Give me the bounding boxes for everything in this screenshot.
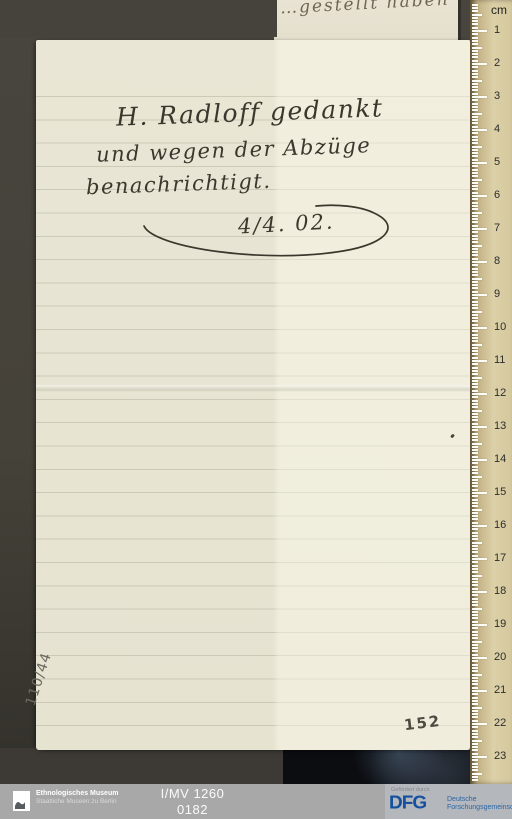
ruler-tick	[472, 452, 478, 454]
ruler-tick	[472, 736, 478, 738]
ruler-tick	[472, 621, 478, 623]
ruler-tick	[472, 561, 478, 563]
ruler-tick	[472, 103, 478, 105]
ruler-tick	[472, 33, 478, 35]
ruler-tick	[472, 129, 487, 131]
pencil-archive-number: 110/44	[23, 650, 55, 708]
ruler-tick	[472, 578, 478, 580]
ruler-tick	[472, 660, 478, 662]
ruler-tick	[472, 304, 478, 306]
ruler-tick	[472, 281, 478, 283]
ruler-tick	[472, 287, 478, 289]
ruler-tick	[472, 386, 478, 388]
ruler-tick	[472, 763, 478, 765]
ruler-tick	[472, 192, 478, 194]
ruler-tick	[472, 627, 478, 629]
ruler-tick	[472, 416, 478, 418]
ruler-tick	[472, 558, 487, 560]
ruler-tick	[472, 749, 478, 751]
ruler-tick	[472, 89, 478, 91]
ruler-tick	[472, 614, 478, 616]
ruler-tick	[472, 538, 478, 540]
ruler-tick	[472, 456, 478, 458]
ruler-tick	[472, 707, 482, 709]
paper-crease	[36, 385, 470, 392]
ruler-tick	[472, 528, 478, 530]
ruler-tick	[472, 60, 478, 62]
ruler-tick	[472, 713, 478, 715]
ruler-tick	[472, 162, 487, 164]
ruler-tick	[472, 406, 478, 408]
ruler-tick	[472, 27, 478, 29]
ruler-tick	[472, 317, 478, 319]
ruler-tick	[472, 373, 478, 375]
ruler-tick	[472, 459, 487, 461]
ruler-tick	[472, 641, 482, 643]
manuscript-page: H. Radloff gedankt und wegen der Abzüge …	[36, 40, 470, 750]
ruler-tick	[472, 172, 478, 174]
ruler-tick	[472, 188, 478, 190]
ruler-tick	[472, 548, 478, 550]
ruler-tick	[472, 212, 482, 214]
scanner-background	[0, 0, 277, 37]
ruler-tick	[472, 515, 478, 517]
ruler-tick	[472, 113, 482, 115]
ruler-number: 14	[494, 453, 510, 465]
ruler-tick	[472, 393, 487, 395]
ruler-number: 19	[494, 618, 510, 630]
ruler-tick	[472, 588, 478, 590]
ruler-tick	[472, 264, 478, 266]
ruler-tick	[472, 73, 478, 75]
ruler-tick	[472, 43, 478, 45]
ruler-tick	[472, 30, 487, 32]
ruler-tick	[472, 205, 478, 207]
ruler-tick	[472, 324, 478, 326]
ruler-tick	[472, 555, 478, 557]
ruler-tick	[472, 17, 478, 19]
ruler-tick	[472, 83, 478, 85]
ruler-tick	[472, 169, 478, 171]
ruler-tick	[472, 674, 482, 676]
ruler-tick	[472, 182, 478, 184]
ruler-tick	[472, 218, 478, 220]
ruler-tick	[472, 400, 478, 402]
ruler-number: 15	[494, 486, 510, 498]
ruler-tick	[472, 466, 478, 468]
back-page-handwriting: …gestellt haben	[280, 0, 450, 18]
ruler-tick	[472, 238, 478, 240]
ruler-tick	[472, 165, 478, 167]
ruler-tick	[472, 693, 478, 695]
ruler-tick	[472, 53, 478, 55]
ruler-tick	[472, 126, 478, 128]
ruler-tick	[472, 631, 478, 633]
ruler-number: 4	[494, 123, 510, 135]
ruler-tick	[472, 152, 478, 154]
ruler-tick	[472, 756, 487, 758]
ruler-tick	[472, 423, 478, 425]
ruler-tick	[472, 594, 478, 596]
ruler-number: 5	[494, 156, 510, 168]
ruler-tick	[472, 80, 482, 82]
ruler-number: 8	[494, 255, 510, 267]
ruler-tick	[472, 644, 478, 646]
ruler-tick	[472, 179, 482, 181]
ruler-tick	[472, 284, 478, 286]
ruler-tick	[472, 14, 482, 16]
inventory-number: I/MV 1260	[0, 786, 385, 801]
ruler-tick	[472, 608, 482, 610]
ruler-tick	[472, 697, 478, 699]
ruler-tick	[472, 10, 478, 12]
ruler-tick	[472, 294, 487, 296]
ruler-tick	[472, 136, 478, 138]
ruler-tick	[472, 716, 478, 718]
ruler-tick	[472, 271, 478, 273]
note-line-2: und wegen der Abzüge	[96, 133, 372, 167]
ruler-number: 23	[494, 750, 510, 762]
ruler-tick	[472, 268, 478, 270]
ruler-tick	[472, 419, 478, 421]
ruler-tick	[472, 769, 478, 771]
ruler-tick	[472, 542, 482, 544]
ruler-number: 3	[494, 90, 510, 102]
ruler-number: 10	[494, 321, 510, 333]
ruler-tick	[472, 726, 478, 728]
ruler-tick	[472, 654, 478, 656]
ruler-unit-label: cm	[491, 3, 507, 17]
ruler-tick	[472, 228, 487, 230]
ruler-number: 11	[494, 354, 510, 366]
ruler-tick	[472, 604, 478, 606]
ruler-tick	[472, 116, 478, 118]
ruler-tick	[472, 380, 478, 382]
ruler-tick	[472, 413, 478, 415]
ruler-tick	[472, 155, 478, 157]
ruler-number: 6	[494, 189, 510, 201]
note-line-1: H. Radloff gedankt	[116, 93, 384, 131]
ruler-tick	[472, 344, 482, 346]
ruler-tick	[472, 367, 478, 369]
ruler-tick	[472, 677, 478, 679]
ruler-tick	[472, 390, 478, 392]
ruler-tick	[472, 624, 487, 626]
ruler-tick	[472, 215, 478, 217]
ruler-tick	[472, 396, 478, 398]
ruler-tick	[472, 353, 478, 355]
ruler-tick	[472, 330, 478, 332]
ruler-tick	[472, 403, 478, 405]
ruler-tick	[472, 759, 478, 761]
ruler-tick	[472, 122, 478, 124]
ruler-tick	[472, 159, 478, 161]
ruler-tick	[472, 518, 478, 520]
ruler-tick	[472, 241, 478, 243]
ink-speck	[450, 434, 455, 439]
ruler-number: 18	[494, 585, 510, 597]
ruler-tick	[472, 278, 482, 280]
ruler-tick	[472, 340, 478, 342]
ruler-tick	[472, 601, 478, 603]
ruler-tick	[472, 225, 478, 227]
ruler-tick	[472, 426, 487, 428]
ruler-tick	[472, 667, 478, 669]
ruler-number: 21	[494, 684, 510, 696]
footer-bar: Ethnologisches Museum Staatliche Museen …	[0, 784, 512, 819]
ruler-tick	[472, 499, 478, 501]
ruler-tick	[472, 274, 478, 276]
ruler-tick	[472, 198, 478, 200]
ruler-number: 1	[494, 24, 510, 36]
dfg-name-line1: Deutsche	[447, 796, 512, 804]
ruler-number: 12	[494, 387, 510, 399]
ruler-tick	[472, 185, 478, 187]
ruler-tick	[472, 703, 478, 705]
ruler-tick	[472, 773, 482, 775]
ruler-number: 2	[494, 57, 510, 69]
ruler-tick	[472, 657, 487, 659]
ruler-tick	[472, 743, 478, 745]
ruler-tick	[472, 710, 478, 712]
ruler-tick	[472, 47, 482, 49]
ruler-tick	[472, 314, 478, 316]
dfg-funding-block: Gefördert durch DFG Deutsche Forschungsg…	[385, 784, 512, 819]
ruler-tick	[472, 634, 478, 636]
ruler-tick	[472, 23, 478, 25]
ruler-tick	[472, 132, 478, 134]
ruler-tick	[472, 637, 478, 639]
ruler-tick	[472, 766, 478, 768]
ruler-tick	[472, 96, 487, 98]
ruler-tick	[472, 522, 478, 524]
funding-label: Gefördert durch	[391, 787, 430, 793]
ruler-tick	[472, 70, 478, 72]
ruler-tick	[472, 350, 478, 352]
ruler-tick	[472, 584, 478, 586]
ruler-tick	[472, 56, 478, 58]
ruler-tick	[472, 485, 478, 487]
ruler-tick	[472, 505, 478, 507]
ruler-tick	[472, 93, 478, 95]
ruler-tick	[472, 311, 482, 313]
ruler-tick	[472, 301, 478, 303]
ruler-tick	[472, 109, 478, 111]
ruler-tick	[472, 776, 478, 778]
ruler-tick	[472, 63, 487, 65]
ruler-tick	[472, 248, 478, 250]
ruler-tick	[472, 472, 478, 474]
ruler-tick	[472, 307, 478, 309]
ruler-tick	[472, 175, 478, 177]
ruler-tick	[472, 525, 487, 527]
ruler-tick	[472, 106, 478, 108]
ruler-tick	[472, 50, 478, 52]
document-scan-viewer: …gestellt haben H. Radloff gedankt und w…	[0, 0, 512, 819]
ruler-tick	[472, 320, 478, 322]
ruler-tick	[472, 245, 482, 247]
dfg-name: Deutsche Forschungsgemeinschaft	[447, 796, 512, 811]
note-line-3: benachrichtigt.	[86, 169, 272, 199]
ruler-tick	[472, 495, 478, 497]
ruler-tick	[472, 86, 478, 88]
ruler-tick	[472, 347, 478, 349]
ruler-tick	[472, 142, 478, 144]
ruler-tick	[472, 720, 478, 722]
ruler-tick	[472, 66, 478, 68]
ruler-tick	[472, 502, 478, 504]
ruler-tick	[472, 617, 478, 619]
ruler-tick	[472, 462, 478, 464]
ruler-tick	[472, 683, 478, 685]
ruler-tick	[472, 746, 478, 748]
ruler-tick	[472, 730, 478, 732]
ruler-tick	[472, 664, 478, 666]
ruler-tick	[472, 99, 478, 101]
note-date: 4/4. 02.	[237, 209, 335, 238]
ruler-tick	[472, 690, 487, 692]
ruler-tick	[472, 489, 478, 491]
ruler-tick	[472, 753, 478, 755]
ruler-tick	[472, 202, 478, 204]
ruler-tick	[472, 492, 487, 494]
ruler-tick	[472, 195, 487, 197]
ruler-tick	[472, 650, 478, 652]
ruler-tick	[472, 40, 478, 42]
ruler-tick	[472, 235, 478, 237]
ruler-tick	[472, 360, 487, 362]
ruler-tick	[472, 571, 478, 573]
ruler-tick	[472, 221, 478, 223]
ruler-tick	[472, 436, 478, 438]
ruler-tick	[472, 479, 478, 481]
ruler-tick	[472, 591, 487, 593]
ruler-tick	[472, 208, 478, 210]
ruler-tick	[472, 297, 478, 299]
ruler-tick	[472, 291, 478, 293]
ruler-tick	[472, 7, 478, 9]
ruler-tick	[472, 146, 482, 148]
ruler-tick	[472, 512, 478, 514]
ruler-tick	[472, 565, 478, 567]
ruler-tick	[472, 575, 482, 577]
ruler-tick	[472, 551, 478, 553]
pencil-page-number: 152	[403, 712, 442, 734]
ruler-tick	[472, 439, 478, 441]
ruler-tick	[472, 357, 478, 359]
ruler-number: 9	[494, 288, 510, 300]
ruler-tick	[472, 723, 487, 725]
ruler-number: 16	[494, 519, 510, 531]
ruler-tick	[472, 119, 478, 121]
ruler-tick	[472, 700, 478, 702]
ruler-tick	[472, 258, 478, 260]
ruler-number: 13	[494, 420, 510, 432]
ruler-tick	[472, 231, 478, 233]
ruler-tick	[472, 327, 487, 329]
ruler-tick	[472, 149, 478, 151]
ruler-tick	[472, 598, 478, 600]
ruler-number: 22	[494, 717, 510, 729]
ruler-tick	[472, 251, 478, 253]
ruler-tick	[472, 261, 487, 263]
ruler-tick	[472, 410, 482, 412]
ruler-tick	[472, 443, 482, 445]
ruler-tick	[472, 449, 478, 451]
ruler-tick	[472, 611, 478, 613]
ruler-tick	[472, 779, 478, 781]
ruler-tick	[472, 433, 478, 435]
ruler-tick	[472, 37, 478, 39]
ruler-tick	[472, 370, 478, 372]
ruler-number: 17	[494, 552, 510, 564]
ruler-tick	[472, 446, 478, 448]
ruler-tick	[472, 509, 482, 511]
ruler-tick	[472, 687, 478, 689]
ruler-tick	[472, 532, 478, 534]
ruler-tick	[472, 334, 478, 336]
scan-number: 0182	[0, 802, 385, 817]
ruler-tick	[472, 647, 478, 649]
ruler: cm 1234567891011121314151617181920212223	[470, 0, 512, 784]
ruler-tick	[472, 476, 482, 478]
ruler-tick	[472, 740, 482, 742]
ruler-tick	[472, 581, 478, 583]
ruler-tick	[472, 4, 478, 6]
ruler-tick	[472, 535, 478, 537]
ruler-tick	[472, 733, 478, 735]
ruler-tick	[472, 568, 478, 570]
ruler-number: 7	[494, 222, 510, 234]
ruler-tick	[472, 545, 478, 547]
ruler-tick	[472, 680, 478, 682]
ruler-tick	[472, 20, 478, 22]
ruler-tick	[472, 363, 478, 365]
ruler-tick	[472, 377, 482, 379]
ruler-tick	[472, 482, 478, 484]
ruler-tick	[472, 469, 478, 471]
ruler-tick	[472, 337, 478, 339]
ruler-tick	[472, 670, 478, 672]
ruler-tick	[472, 76, 478, 78]
ruler-tick	[472, 383, 478, 385]
ruler-tick	[472, 139, 478, 141]
ruler-tick	[472, 429, 478, 431]
ruler-tick	[472, 254, 478, 256]
ruler-number: 20	[494, 651, 510, 663]
dfg-name-line2: Forschungsgemeinschaft	[447, 804, 512, 812]
dfg-logo: DFG	[389, 794, 426, 815]
